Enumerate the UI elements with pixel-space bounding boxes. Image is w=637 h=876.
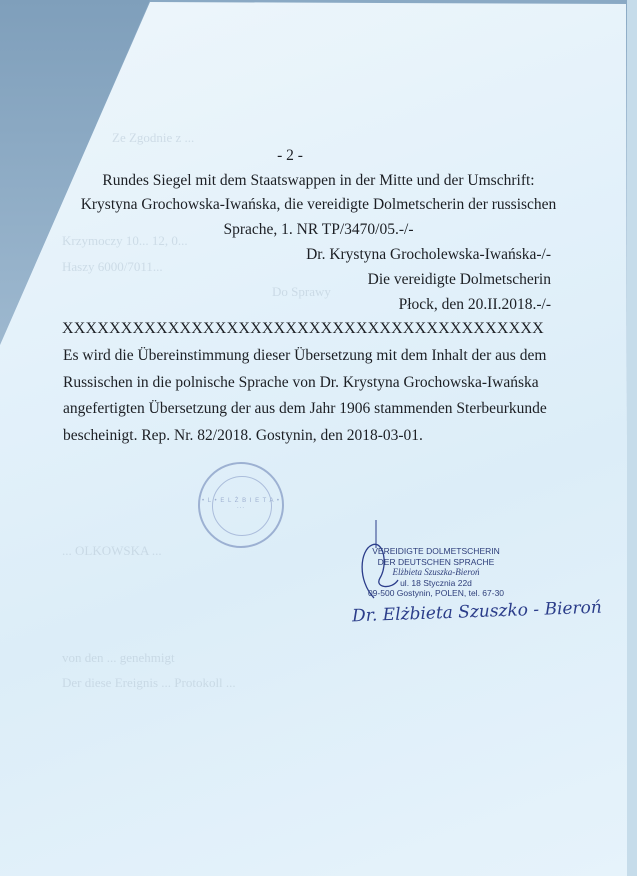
certification-line: angefertigten Übersetzung der aus dem Ja… (63, 396, 552, 423)
translator-stamp: VEREIDIGTE DOLMETSCHERIN DER DEUTSCHEN S… (346, 546, 526, 599)
seal-description-line: Rundes Siegel mit dem Staatswappen in de… (0, 172, 637, 190)
stamp-line: VEREIDIGTE DOLMETSCHERIN (346, 546, 526, 557)
certification-line: Russischen in die polnische Sprache von … (63, 370, 552, 397)
certification-line: bescheinigt. Rep. Nr. 82/2018. Gostynin,… (63, 423, 552, 450)
stamp-line: DER DEUTSCHEN SPRACHE (346, 557, 526, 568)
bleed-through-text: Do Sprawy (272, 284, 331, 300)
bleed-through-text: Der diese Ereignis ... Protokoll ... (62, 675, 236, 691)
bleed-through-text: von den ... genehmigt (62, 650, 175, 666)
stamp-line: Elżbieta Szuszka-Bieroń (346, 567, 526, 578)
certification-paragraph: Es wird die Übereinstimmung dieser Übers… (63, 343, 552, 449)
bleed-through-text: Ze Zgodnie z ... (112, 130, 194, 146)
bleed-through-text: ... OLKOWSKA ... (62, 543, 162, 559)
stamp-line: 09-500 Gostynin, POLEN, tel. 67-30 (346, 588, 526, 599)
round-official-seal: • L • E L Ż B I E T A • ... (198, 462, 284, 548)
translator-name: Dr. Krystyna Grocholewska-Iwańska-/- (306, 246, 551, 264)
stamp-line: ul. 18 Stycznia 22d (346, 578, 526, 589)
translator-title: Die vereidigte Dolmetscherin (368, 271, 551, 289)
page-number: - 2 - (0, 147, 580, 165)
certification-line: Es wird die Übereinstimmung dieser Übers… (63, 343, 552, 370)
seal-ring-text: • L • E L Ż B I E T A • ... (200, 498, 282, 510)
page-edge (627, 0, 637, 876)
bleed-through-text: Haszy 6000/7011... (62, 259, 163, 275)
place-date: Płock, den 20.II.2018.-/- (399, 296, 551, 314)
seal-description-line: Krystyna Grochowska-Iwańska, die vereidi… (0, 196, 637, 214)
seal-description-line: Sprache, 1. NR TP/3470/05.-/- (0, 221, 637, 239)
separator-line: XXXXXXXXXXXXXXXXXXXXXXXXXXXXXXXXXXXXXXXX… (62, 320, 544, 338)
